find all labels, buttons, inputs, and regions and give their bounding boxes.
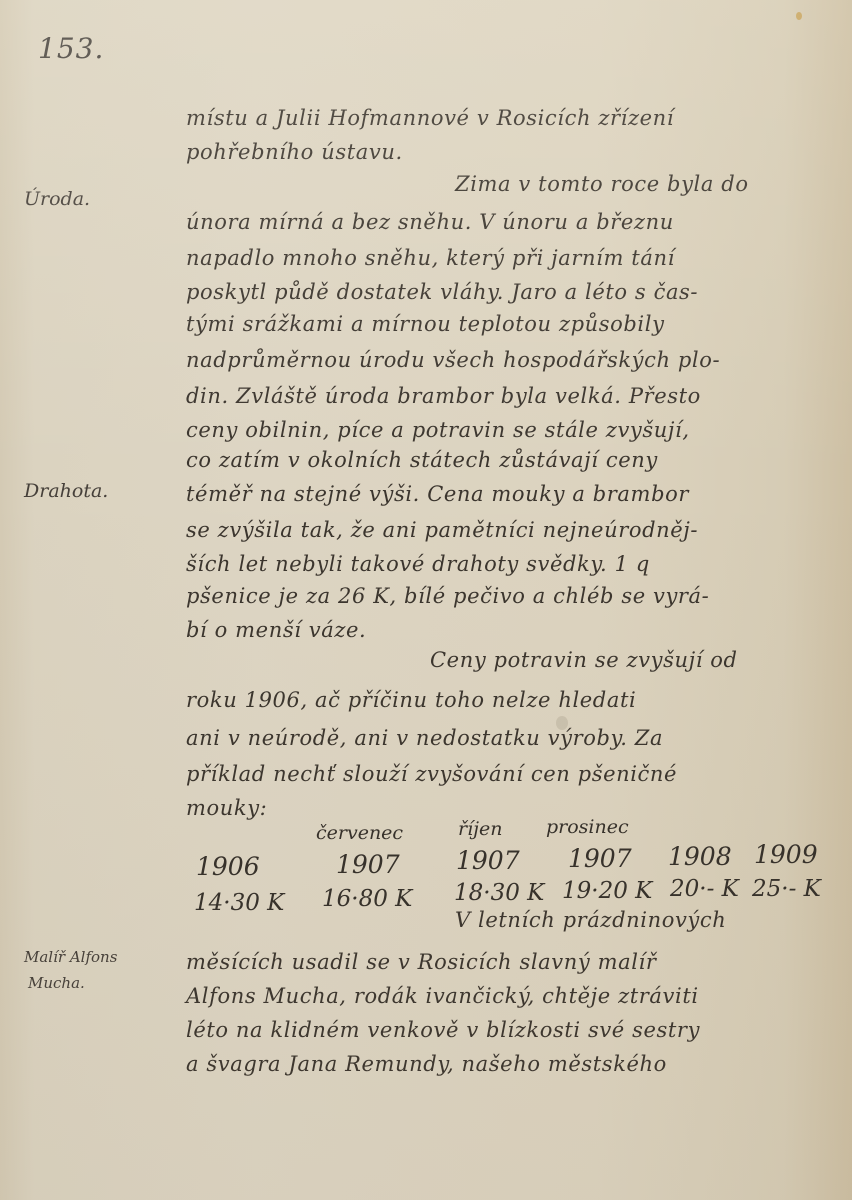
text-line: února mírná a bez sněhu. V únoru a březn… (186, 210, 674, 234)
table-month: prosinec (546, 816, 629, 838)
text-line: měsících usadil se v Rosicích slavný mal… (186, 950, 657, 974)
table-year: 1907 (456, 846, 520, 875)
table-price: 19·20 K (562, 878, 652, 904)
page-number: 153. (38, 32, 104, 65)
chronicle-page: 153. Úroda. Drahota. Malíř Alfons Mucha.… (0, 0, 852, 1200)
table-price: 18·30 K (454, 880, 544, 906)
table-price: 20·- K (670, 876, 739, 902)
table-month: červenec (316, 822, 403, 844)
text-line: nadprůměrnou úrodu všech hospodářských p… (186, 348, 720, 372)
table-year: 1907 (568, 844, 632, 873)
text-line: ani v neúrodě, ani v nedostatku výroby. … (186, 726, 663, 750)
table-year: 1908 (668, 842, 732, 871)
text-line: V letních prázdninových (455, 908, 726, 932)
text-line: Ceny potravin se zvyšují od (430, 648, 738, 672)
text-line: tými srážkami a mírnou teplotou způsobil… (186, 312, 665, 336)
table-year: 1909 (754, 840, 818, 869)
margin-note-mucha-1: Malíř Alfons (24, 944, 117, 970)
text-line: din. Zvláště úroda brambor byla velká. P… (186, 384, 701, 408)
table-price: 14·30 K (194, 890, 284, 916)
text-line: Zima v tomto roce byla do (455, 172, 749, 196)
table-price: 16·80 K (322, 886, 412, 912)
table-year: 1906 (196, 852, 260, 881)
table-year: 1907 (336, 850, 400, 879)
text-line: ceny obilnin, píce a potravin se stále z… (186, 418, 690, 442)
margin-note-mucha-2: Mucha. (28, 970, 85, 996)
text-line: pohřebního ústavu. (186, 140, 403, 164)
text-line: téměř na stejné výši. Cena mouky a bramb… (186, 482, 689, 506)
text-line: napadlo mnoho sněhu, který při jarním tá… (186, 246, 675, 270)
text-line: místu a Julii Hofmannové v Rosicích zříz… (186, 106, 674, 130)
text-line: se zvýšila tak, že ani pamětníci nejneúr… (186, 518, 698, 542)
margin-note-drahota: Drahota. (24, 478, 108, 504)
margin-note-uroda: Úroda. (24, 186, 90, 212)
text-line: poskytl půdě dostatek vláhy. Jaro a léto… (186, 280, 698, 304)
text-line: a švagra Jana Remundy, našeho městského (186, 1052, 667, 1076)
text-line: léto na klidném venkově v blízkosti své … (186, 1018, 700, 1042)
text-line: bí o menší váze. (186, 618, 366, 642)
text-line: ších let nebyli takové drahoty svědky. 1… (186, 552, 650, 576)
text-line: roku 1906, ač příčinu toho nelze hledati (186, 688, 636, 712)
stain (796, 12, 802, 20)
text-line: Alfons Mucha, rodák ivančický, chtěje zt… (186, 984, 699, 1008)
text-line: co zatím v okolních státech zůstávají ce… (186, 448, 658, 472)
text-line: mouky: (186, 796, 267, 820)
text-line: pšenice je za 26 K, bílé pečivo a chléb … (186, 584, 709, 608)
table-price: 25·- K (752, 876, 821, 902)
table-month: říjen (458, 818, 503, 840)
text-line: příklad nechť slouží zvyšování cen pšeni… (186, 762, 677, 786)
